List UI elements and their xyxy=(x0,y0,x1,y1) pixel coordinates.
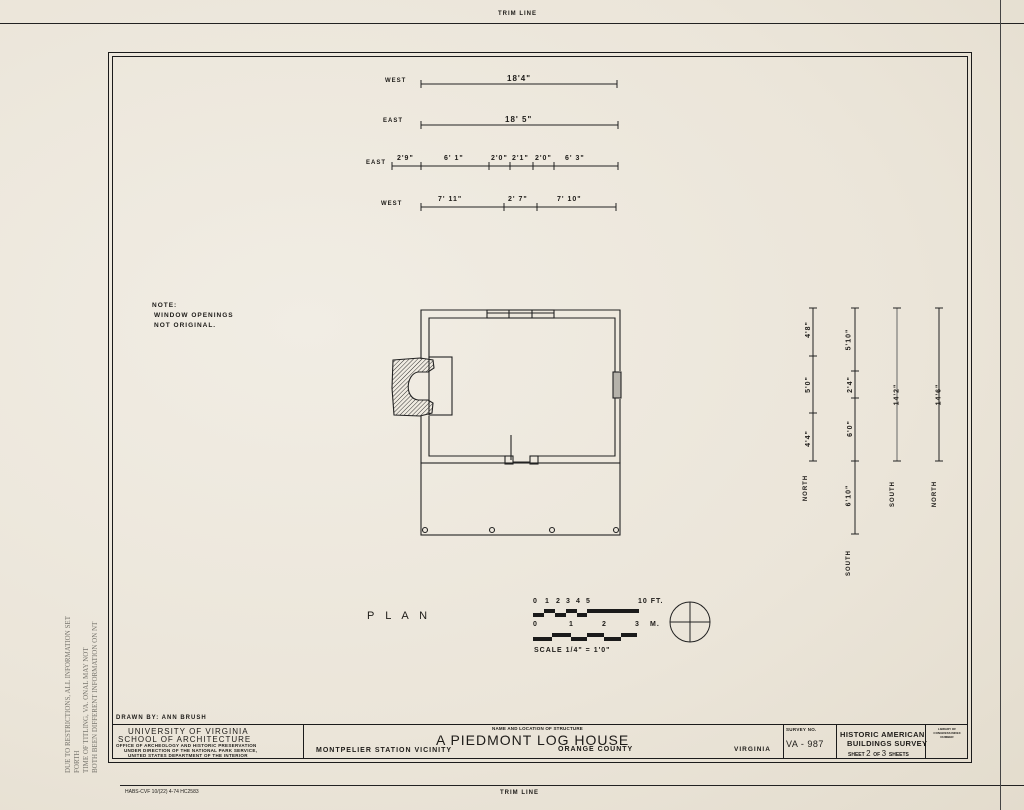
scale-tick: 2 xyxy=(602,621,607,628)
dimension-value: 5'0" xyxy=(805,376,812,393)
dimension-value: 6' 3" xyxy=(565,155,585,162)
scale-tick: 1 xyxy=(545,598,550,605)
scale-tick: 3 xyxy=(566,598,571,605)
floor-plan xyxy=(421,310,621,535)
scale-text: SCALE 1/4" = 1'0" xyxy=(534,647,610,654)
sheet-word: SHEET xyxy=(848,752,865,758)
dimension-side-label: NORTH xyxy=(932,481,938,507)
dimension-value: 18'4" xyxy=(507,74,531,83)
dimension-side-label: WEST xyxy=(381,201,402,207)
dimension-value: 4'4" xyxy=(805,430,812,447)
scale-tick: 0 xyxy=(533,621,538,628)
dimension-value: 2'4" xyxy=(847,376,854,393)
county: ORANGE COUNTY xyxy=(558,746,633,753)
scale-tick: M. xyxy=(650,621,660,628)
dimension-value: 2' 7" xyxy=(508,196,528,203)
agency-line: BUILDINGS SURVEY xyxy=(847,739,927,748)
dimension-value: 14'2" xyxy=(893,384,900,406)
chimney-hatched xyxy=(392,358,434,416)
dimension-value: 18' 5" xyxy=(505,115,532,124)
dimension-side-label: WEST xyxy=(385,78,406,84)
dimension-value: 6'0" xyxy=(847,420,854,437)
dimension-side-label: SOUTH xyxy=(846,550,852,576)
location: MONTPELIER STATION VICINITY xyxy=(316,747,452,754)
note-line: NOT ORIGINAL. xyxy=(154,322,216,329)
scale-tick: 10 FT. xyxy=(638,598,663,605)
library-index-label: LIBRARY OF CONGRESS INDEX NUMBER xyxy=(929,727,965,739)
title-block-divider xyxy=(836,724,837,759)
dimension-value: 7' 10" xyxy=(557,196,582,203)
title-block-divider xyxy=(783,724,784,759)
dimension-side-label: SOUTH xyxy=(890,481,896,507)
sheet-number: 2 xyxy=(866,749,870,758)
dimension-value: 6' 1" xyxy=(444,155,464,162)
graphic-scale xyxy=(533,609,639,641)
survey-no-label: SURVEY NO. xyxy=(786,727,817,732)
dimension-side-label: EAST xyxy=(383,118,403,124)
dimension-value: 14'6" xyxy=(935,384,942,406)
institution-line: UNITED STATES DEPARTMENT OF THE INTERIOR xyxy=(128,753,248,758)
state: VIRGINIA xyxy=(734,746,771,753)
dimension-value: 2'9" xyxy=(397,155,414,162)
scale-tick: 4 xyxy=(576,598,581,605)
dimension-side-label: EAST xyxy=(366,160,386,166)
name-location-label: NAME AND LOCATION OF STRUCTURE xyxy=(492,726,583,731)
sheets-word: SHEETS xyxy=(889,752,909,758)
survey-no: VA - 987 xyxy=(786,739,824,749)
scale-tick: 5 xyxy=(586,598,591,605)
scale-tick: 0 xyxy=(533,598,538,605)
sheet-total: 3 xyxy=(882,749,886,758)
dimension-value: 2'1" xyxy=(512,155,529,162)
dimension-value: 4'8" xyxy=(805,321,812,338)
dimension-value: 2'0" xyxy=(535,155,552,162)
agency-line: HISTORIC AMERICAN xyxy=(840,730,925,739)
dimension-value: 2'0" xyxy=(491,155,508,162)
sheet-count: SHEET 2 OF 3 SHEETS xyxy=(848,749,909,758)
drawn-by: DRAWN BY: ANN BRUSH xyxy=(116,715,207,721)
dimension-value: 7' 11" xyxy=(438,196,462,203)
note-title: NOTE: xyxy=(152,302,177,309)
scale-tick: 3 xyxy=(635,621,640,628)
scale-tick: 2 xyxy=(556,598,561,605)
of-word: OF xyxy=(873,752,880,758)
dimension-value: 5'10" xyxy=(845,329,852,351)
plan-label: P L A N xyxy=(367,610,431,622)
title-block-divider xyxy=(303,724,304,759)
dimension-value: 6'10" xyxy=(845,485,852,507)
scale-tick: 1 xyxy=(569,621,574,628)
north-arrow-icon xyxy=(670,602,710,642)
note-line: WINDOW OPENINGS xyxy=(154,312,234,319)
dimension-side-label: NORTH xyxy=(803,475,809,501)
